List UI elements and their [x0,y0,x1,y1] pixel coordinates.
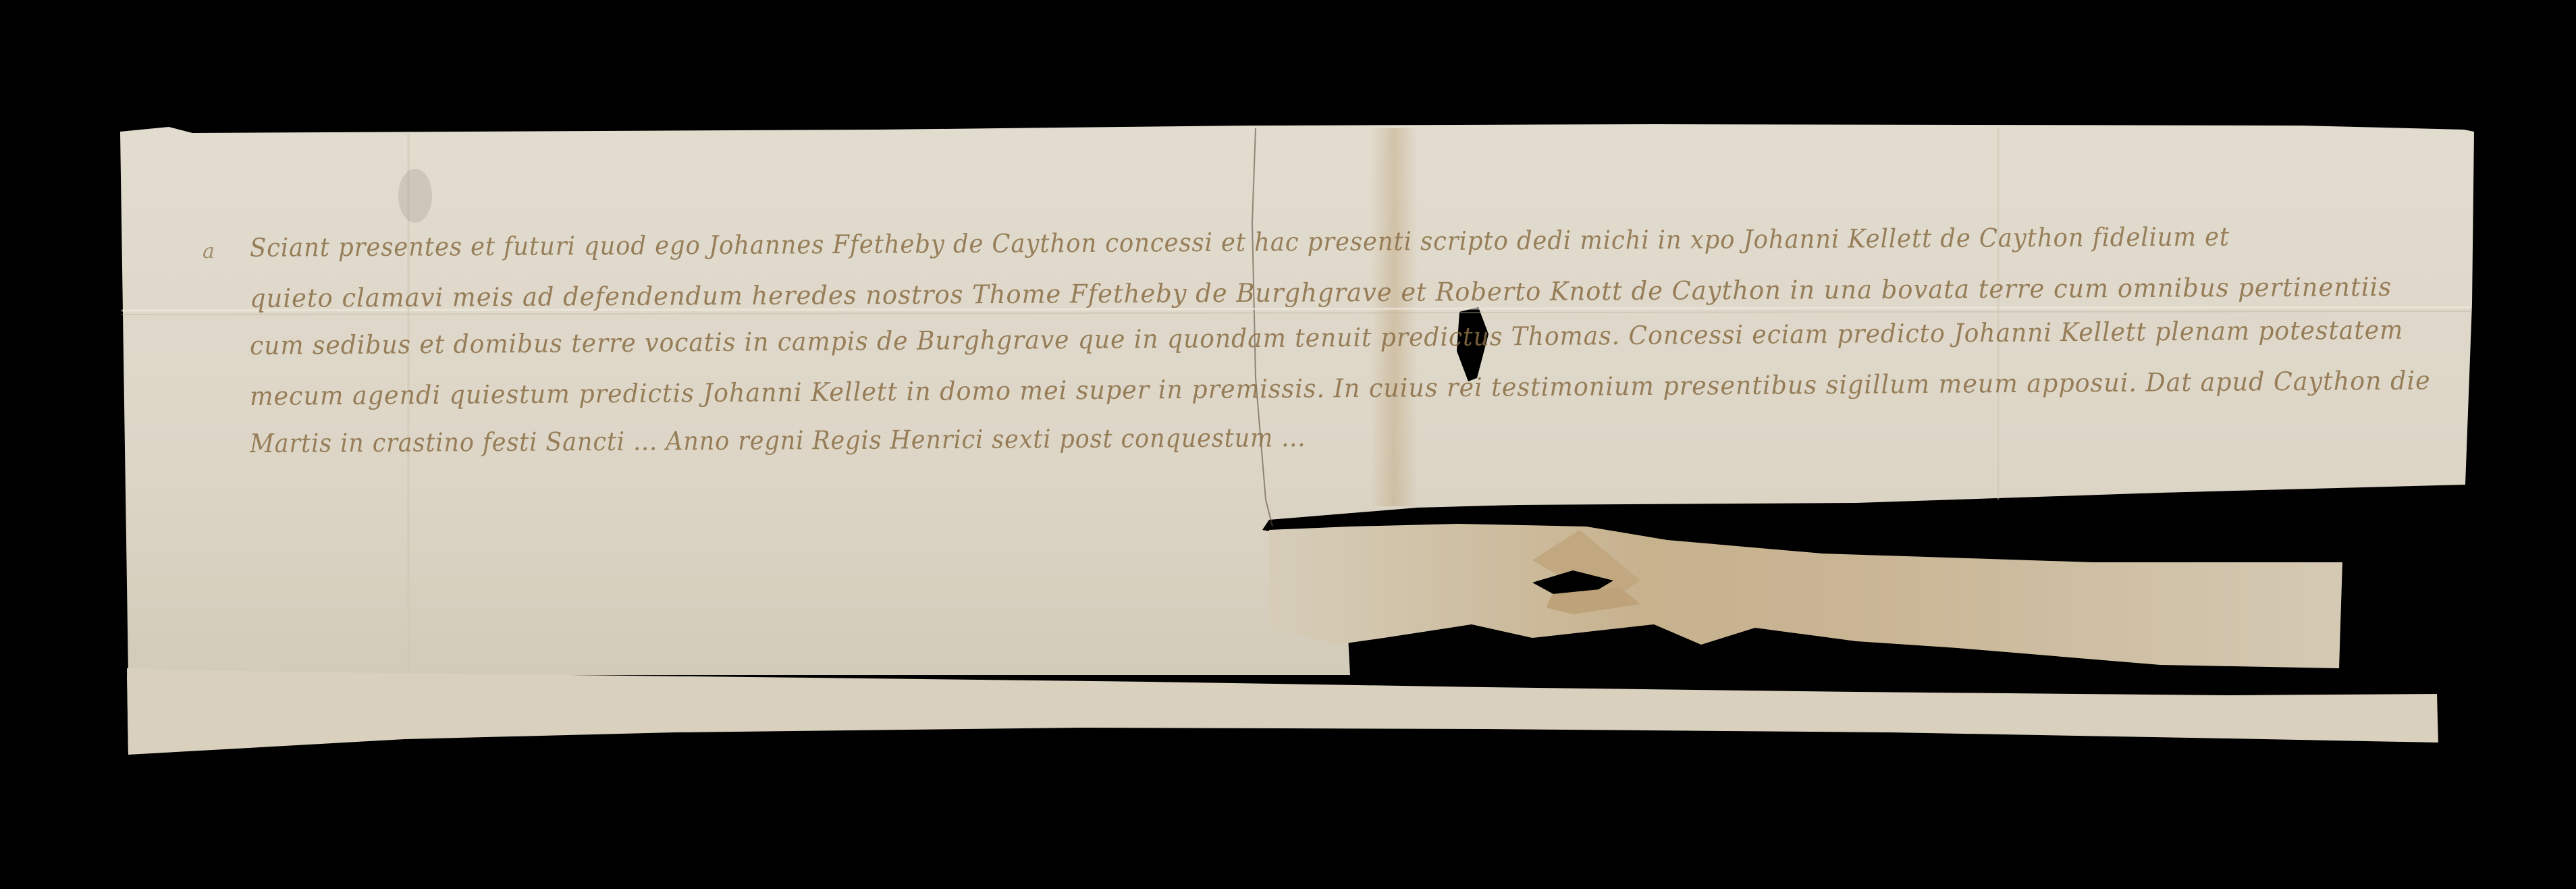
photo-stage: a Sciant presentes et futuri quod ego Jo… [0,0,2576,889]
text-line-5: Martis in crastino festi Sancti ... Anno… [250,423,1306,458]
margin-mark: a [203,240,215,263]
seal-tag [1269,524,2342,668]
tie-strip [127,672,2438,755]
